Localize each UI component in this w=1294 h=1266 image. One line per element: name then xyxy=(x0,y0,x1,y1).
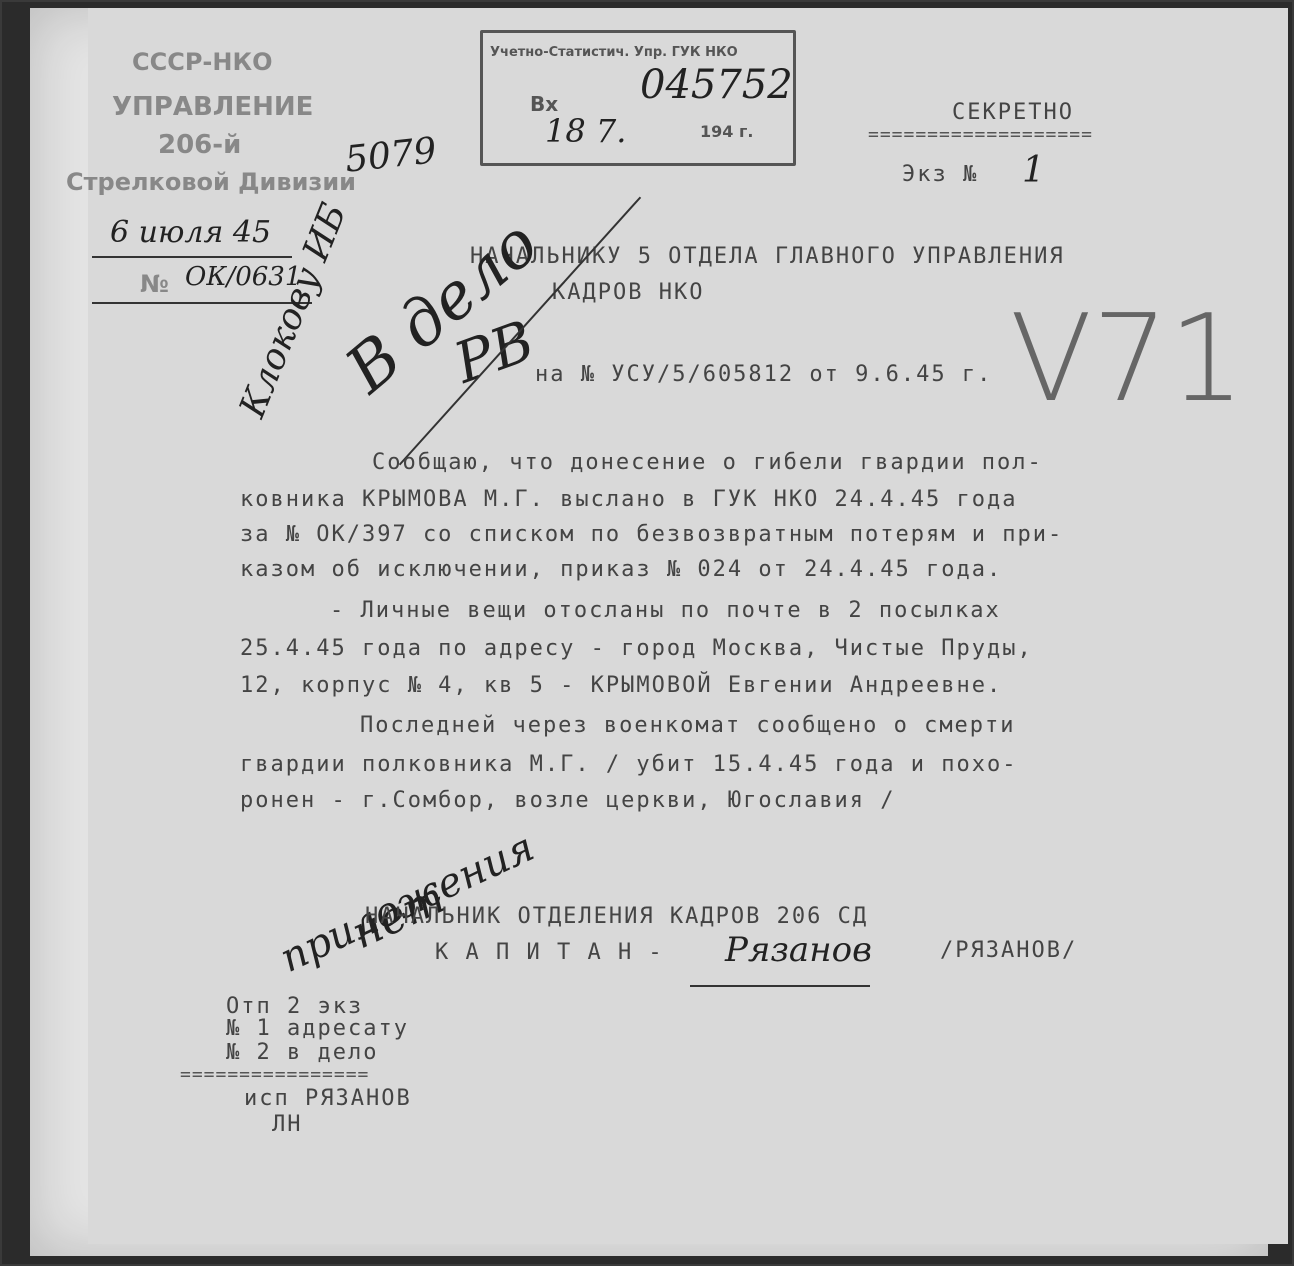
body-p1-line4: казом об исключении, приказ № 024 от 24.… xyxy=(240,557,1002,582)
signature-title-line2: К А П И Т А Н - xyxy=(435,940,664,965)
corner-stamp-line1: СССР-НКО xyxy=(132,48,273,76)
corner-stamp-number-prefix: № xyxy=(140,270,169,298)
classification-label: СЕКРЕТНО xyxy=(952,100,1074,125)
body-p1-line2: ковника КРЫМОВА М.Г. выслано в ГУК НКО 2… xyxy=(240,487,1018,512)
signature-handwritten: Рязанов xyxy=(725,930,872,970)
body-p2-line1: - Личные вещи отосланы по почте в 2 посы… xyxy=(330,598,1001,623)
footer-line4: исп РЯЗАНОВ xyxy=(244,1086,412,1111)
corner-stamp-line2: УПРАВЛЕНИЕ xyxy=(112,92,313,122)
corner-stamp-line4: Стрелковой Дивизии xyxy=(66,168,356,196)
body-p3-line1: Последней через военкомат сообщено о сме… xyxy=(360,713,1016,738)
received-stamp-header: Учетно-Статистич. Упр. ГУК НКО xyxy=(490,45,738,60)
date-underline xyxy=(92,256,292,258)
reference-line: на № УСУ/5/605812 от 9.6.45 г. xyxy=(535,362,992,387)
footer-line3: № 2 в дело xyxy=(226,1040,378,1065)
footer-line5: ЛН xyxy=(272,1112,303,1137)
footer-separator: ================ xyxy=(180,1064,369,1085)
body-p1-line3: за № ОК/397 со списком по безвозвратным … xyxy=(240,522,1063,547)
footer-line2: № 1 адресату xyxy=(226,1016,409,1041)
corner-stamp-date: 6 июля 45 xyxy=(110,215,271,250)
body-p1-line1: Сообщаю, что донесение о гибели гвардии … xyxy=(372,450,1043,475)
classification-underline: =================== xyxy=(868,124,1093,145)
body-p3-line2: гвардии полковника М.Г. / убит 15.4.45 г… xyxy=(240,752,1018,777)
copy-number: 1 xyxy=(1022,150,1045,191)
signature-title-line1: НАЧАЛЬНИК ОТДЕЛЕНИЯ КАДРОВ 206 СД xyxy=(365,904,868,929)
signature-underline xyxy=(690,985,870,987)
pencil-mark: V71 xyxy=(1010,290,1245,429)
copy-label: Экз № xyxy=(902,162,978,187)
received-stamp-number: 045752 xyxy=(640,62,793,108)
body-p2-line3: 12, корпус № 4, кв 5 - КРЫМОВОЙ Евгении … xyxy=(240,673,1002,698)
body-p2-line2: 25.4.45 года по адресу - город Москва, Ч… xyxy=(240,636,1033,661)
signature-name: /РЯЗАНОВ/ xyxy=(940,938,1077,963)
addressee-line2: КАДРОВ НКО xyxy=(552,280,704,305)
corner-stamp-line3: 206-й xyxy=(158,130,241,160)
addressee-line1: НАЧАЛЬНИКУ 5 ОТДЕЛА ГЛАВНОГО УПРАВЛЕНИЯ xyxy=(470,244,1065,269)
body-p3-line3: ронен - г.Сомбор, возле церкви, Югослави… xyxy=(240,788,896,813)
received-stamp-year: 194 г. xyxy=(700,122,753,141)
received-stamp-date: 18 7. xyxy=(545,112,626,150)
